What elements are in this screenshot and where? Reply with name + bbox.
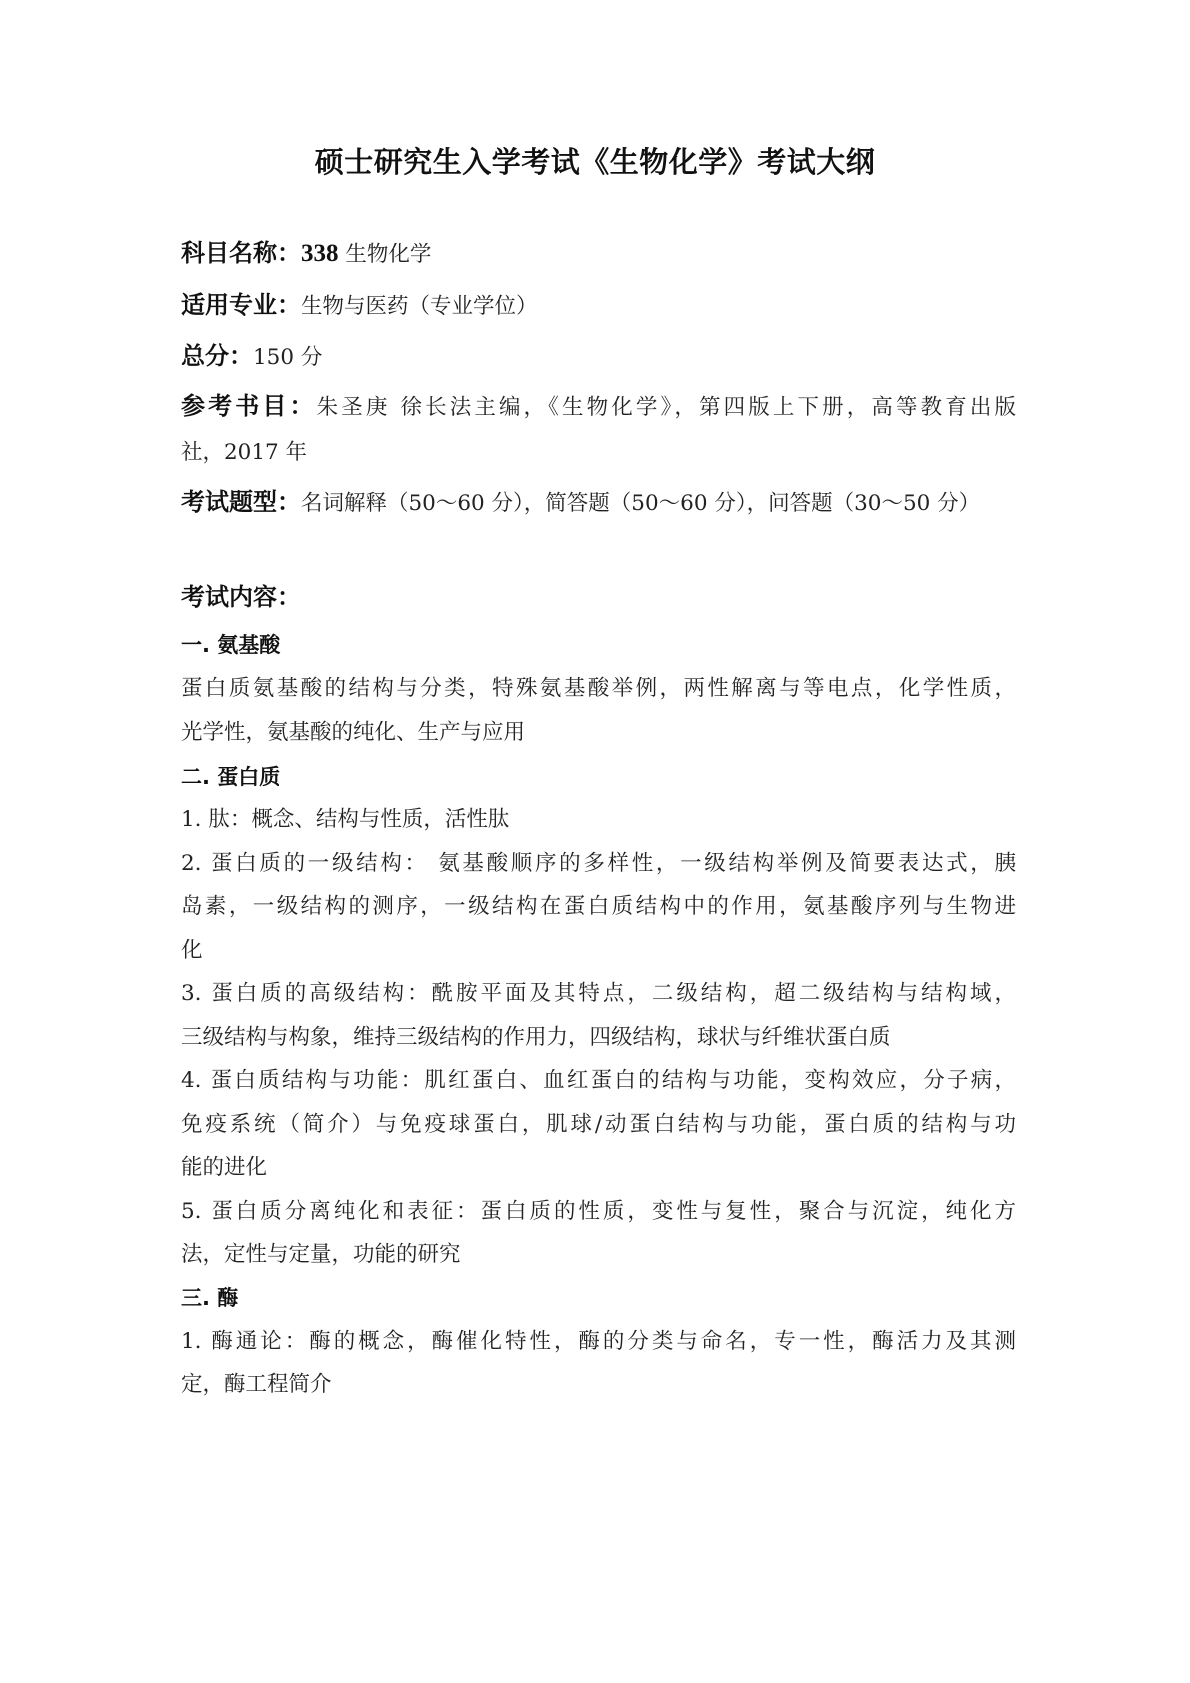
section-line: 能的进化 [181,1153,267,1183]
section-line: 法，定性与定量，功能的研究 [181,1240,461,1270]
content-heading-row: 考试内容： [181,582,301,614]
section-line: 蛋白质氨基酸的结构与分类，特殊氨基酸举例，两性解离与等电点，化学性质， [181,674,1016,704]
question-types-row: 考试题型：名词解释（50～60 分），简答题（50～60 分），问答题（30～5… [181,487,980,519]
content-heading: 考试内容： [181,583,301,611]
section-line: 光学性，氨基酸的纯化、生产与应用 [181,718,525,748]
section-line: 2. 蛋白质的一级结构： 氨基酸顺序的多样性，一级结构举例及简要表达式，胰 [181,849,1016,879]
major-row: 适用专业：生物与医药（专业学位） [181,290,538,322]
total-score-row: 总分：150 分 [181,341,322,373]
major-value: 生物与医药（专业学位） [301,294,538,319]
section-line: 1. 肽：概念、结构与性质，活性肽 [181,805,509,835]
section-line: 岛素，一级结构的测序，一级结构在蛋白质结构中的作用，氨基酸序列与生物进 [181,892,1016,922]
reference-row-cont: 社，2017 年 [181,438,307,468]
section-line: 化 [181,936,203,966]
question-types-value: 名词解释（50～60 分），简答题（50～60 分），问答题（30～50 分） [301,491,980,516]
reference-line1: 朱圣庚 徐长法主编，《生物化学》，第四版上下册，高等教育出版 [317,395,1016,420]
section-line: 4. 蛋白质结构与功能：肌红蛋白、血红蛋白的结构与功能，变构效应，分子病， [181,1066,1016,1096]
section-line: 3. 蛋白质的高级结构：酰胺平面及其特点，二级结构，超二级结构与结构域， [181,979,1016,1009]
section-heading-protein: 二. 蛋白质 [181,762,280,793]
section-heading-amino-acids: 一. 氨基酸 [181,630,280,661]
reference-line2: 社，2017 年 [181,440,307,465]
section-line: 1. 酶通论：酶的概念，酶催化特性，酶的分类与命名，专一性，酶活力及其测 [181,1327,1016,1357]
total-score-value: 150 分 [253,345,322,370]
section-line: 免疫系统（简介）与免疫球蛋白，肌球/动蛋白结构与功能，蛋白质的结构与功 [181,1110,1016,1140]
subject-label: 科目名称： [181,239,301,267]
document-page: 硕士研究生入学考试《生物化学》考试大纲 科目名称：338 生物化学 适用专业：生… [0,0,1190,1683]
major-label: 适用专业： [181,291,301,319]
subject-code: 338 [301,240,339,267]
section-line: 三级结构与构象，维持三级结构的作用力，四级结构，球状与纤维状蛋白质 [181,1023,891,1053]
section-line: 5. 蛋白质分离纯化和表征：蛋白质的性质，变性与复性，聚合与沉淀，纯化方 [181,1197,1016,1227]
section-heading-enzyme: 三. 酶 [181,1283,238,1314]
total-score-label: 总分： [181,342,253,370]
document-title: 硕士研究生入学考试《生物化学》考试大纲 [0,142,1190,182]
subject-row: 科目名称：338 生物化学 [181,238,431,270]
question-types-label: 考试题型： [181,488,301,516]
section-line: 定，酶工程简介 [181,1370,332,1400]
subject-value: 生物化学 [339,242,432,267]
reference-row: 参考书目：朱圣庚 徐长法主编，《生物化学》，第四版上下册，高等教育出版 [181,391,1016,423]
reference-label: 参考书目： [181,392,317,420]
